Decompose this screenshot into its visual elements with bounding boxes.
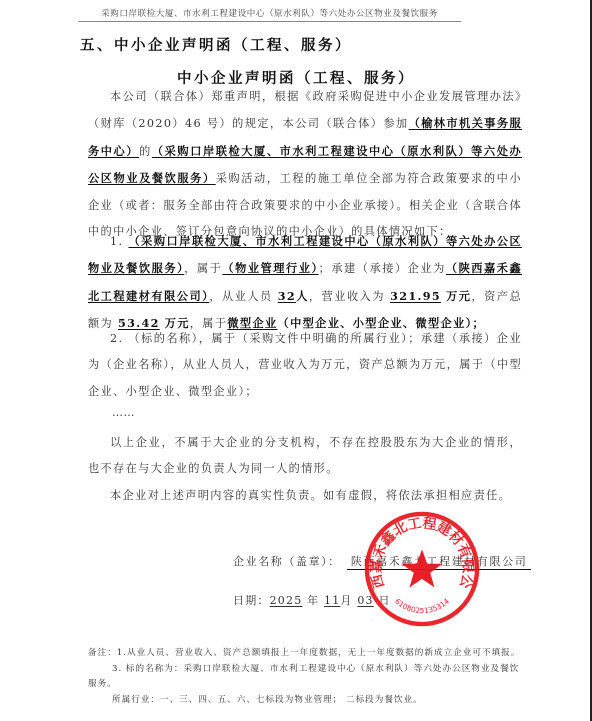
- contractor-label: ；承建（承接）企业为: [319, 262, 446, 275]
- intro-paragraph: 本公司（联合体）郑重声明，根据《政府采购促进中小企业发展管理办法》（财库（202…: [88, 84, 522, 245]
- seal-code: 6108025135314: [393, 596, 451, 615]
- enterprise-item-2: 2. （标的名称），属于（采购文件中明确的所属行业）；承建（承接）企业为（企业名…: [88, 326, 522, 405]
- seal-star-icon: [402, 549, 442, 587]
- month-unit: 月: [340, 594, 352, 607]
- staff-count: 32: [278, 289, 296, 303]
- company-seal-stamp: 陕西嘉禾鑫北工程建材有限公司 6108025135314: [363, 510, 481, 628]
- belongs-label: ，属于: [184, 262, 222, 275]
- industry: （物业管理行业）: [222, 261, 318, 275]
- item-number: 1.: [110, 235, 123, 248]
- revenue-value: 321.95: [390, 289, 441, 303]
- section-title: 五、中小企业声明函（工程、服务）: [80, 34, 352, 55]
- statement-paragraph-2: 本企业对上述声明内容的真实性负责。如有虚假，将依法承担相应责任。: [88, 483, 522, 509]
- date-year: 2025: [270, 594, 303, 607]
- note-1: 备注：1.从业人员、营业收入、资产总额填报上一年度数据，无上一年度数据的新成立企…: [88, 646, 528, 662]
- year-unit: 年: [307, 594, 319, 607]
- signature-label: 企业名称（盖章）：: [233, 555, 341, 568]
- revenue-unit: 万元: [446, 289, 471, 303]
- date-month: 11: [324, 594, 340, 607]
- header-rule: [78, 21, 461, 22]
- date-label: 日期：: [233, 594, 270, 607]
- running-header: 采购口岸联检大厦、市水利工程建设中心（原水利队）等六处办公区物业及餐饮服务: [78, 7, 461, 19]
- staff-unit: 人: [296, 289, 309, 303]
- ellipsis: ……: [112, 406, 135, 419]
- revenue-label: ，营业收入为: [309, 290, 385, 303]
- staff-label: ，从业人员: [209, 290, 272, 303]
- intro-text-2: 的: [139, 145, 152, 158]
- statement-paragraph-1: 以上企业，不属于大企业的分支机构，不存在控股股东为大企业的情形，也不存在与大企业…: [88, 430, 522, 483]
- note-3: 3. 标的名称为：采购口岸联检大厦、市水利工程建设中心（原水利队）等六处办公区物…: [88, 662, 528, 693]
- footnotes: 备注：1.从业人员、营业收入、资产总额填报上一年度数据，无上一年度数据的新成立企…: [88, 646, 528, 708]
- enterprise-item-1: 1. （采购口岸联检大厦、市水利工程建设中心（原水利队）等六处办公区物业及餐饮服…: [88, 228, 522, 338]
- note-industry: 所属行业：一、三、四、五、六、七标段为物业管理； 二标段为餐饮业。: [88, 693, 528, 709]
